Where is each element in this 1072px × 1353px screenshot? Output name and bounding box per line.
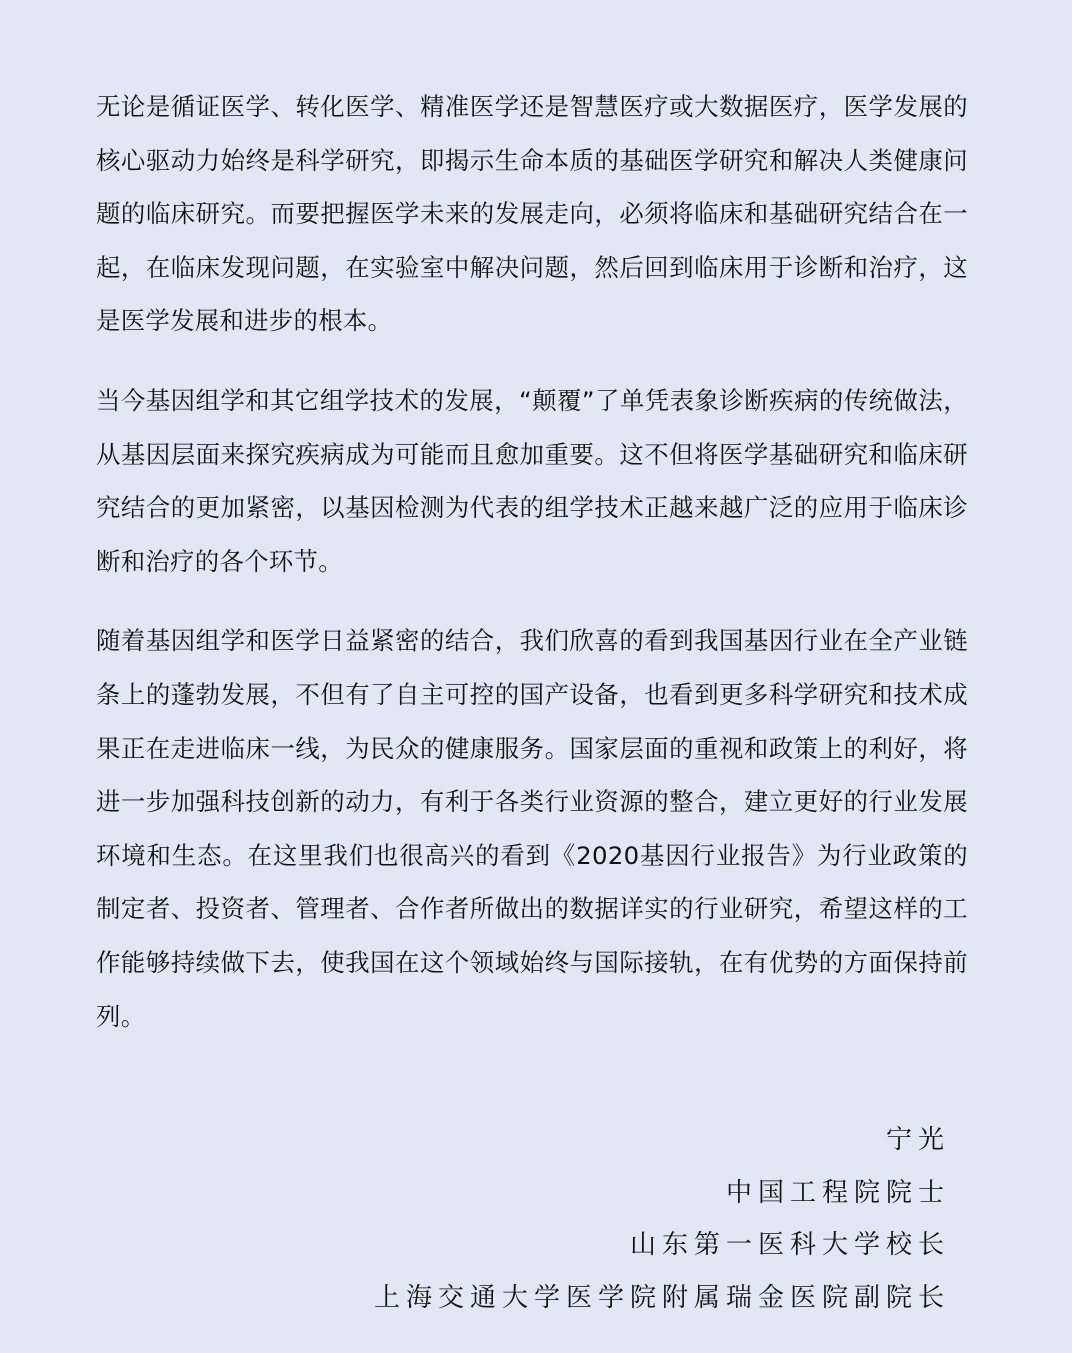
signature-block: 宁光 中国工程院院士 山东第一医科大学校长 上海交通大学医学院附属瑞金医院副院长 xyxy=(374,1114,950,1324)
author-title-3: 上海交通大学医学院附属瑞金医院副院长 xyxy=(374,1272,950,1325)
paragraph-1: 无论是循证医学、转化医学、精准医学还是智慧医疗或大数据医疗，医学发展的核心驱动力… xyxy=(96,80,968,348)
paragraph-2: 当今基因组学和其它组学技术的发展，“颠覆”了单凭表象诊断疾病的传统做法，从基因层… xyxy=(96,374,968,588)
document-body: 无论是循证医学、转化医学、精准医学还是智慧医疗或大数据医疗，医学发展的核心驱动力… xyxy=(96,80,968,1069)
author-name: 宁光 xyxy=(374,1114,950,1167)
author-title-2: 山东第一医科大学校长 xyxy=(374,1219,950,1272)
author-title-1: 中国工程院院士 xyxy=(374,1167,950,1220)
paragraph-3: 随着基因组学和医学日益紧密的结合，我们欣喜的看到我国基因行业在全产业链条上的蓬勃… xyxy=(96,614,968,1043)
